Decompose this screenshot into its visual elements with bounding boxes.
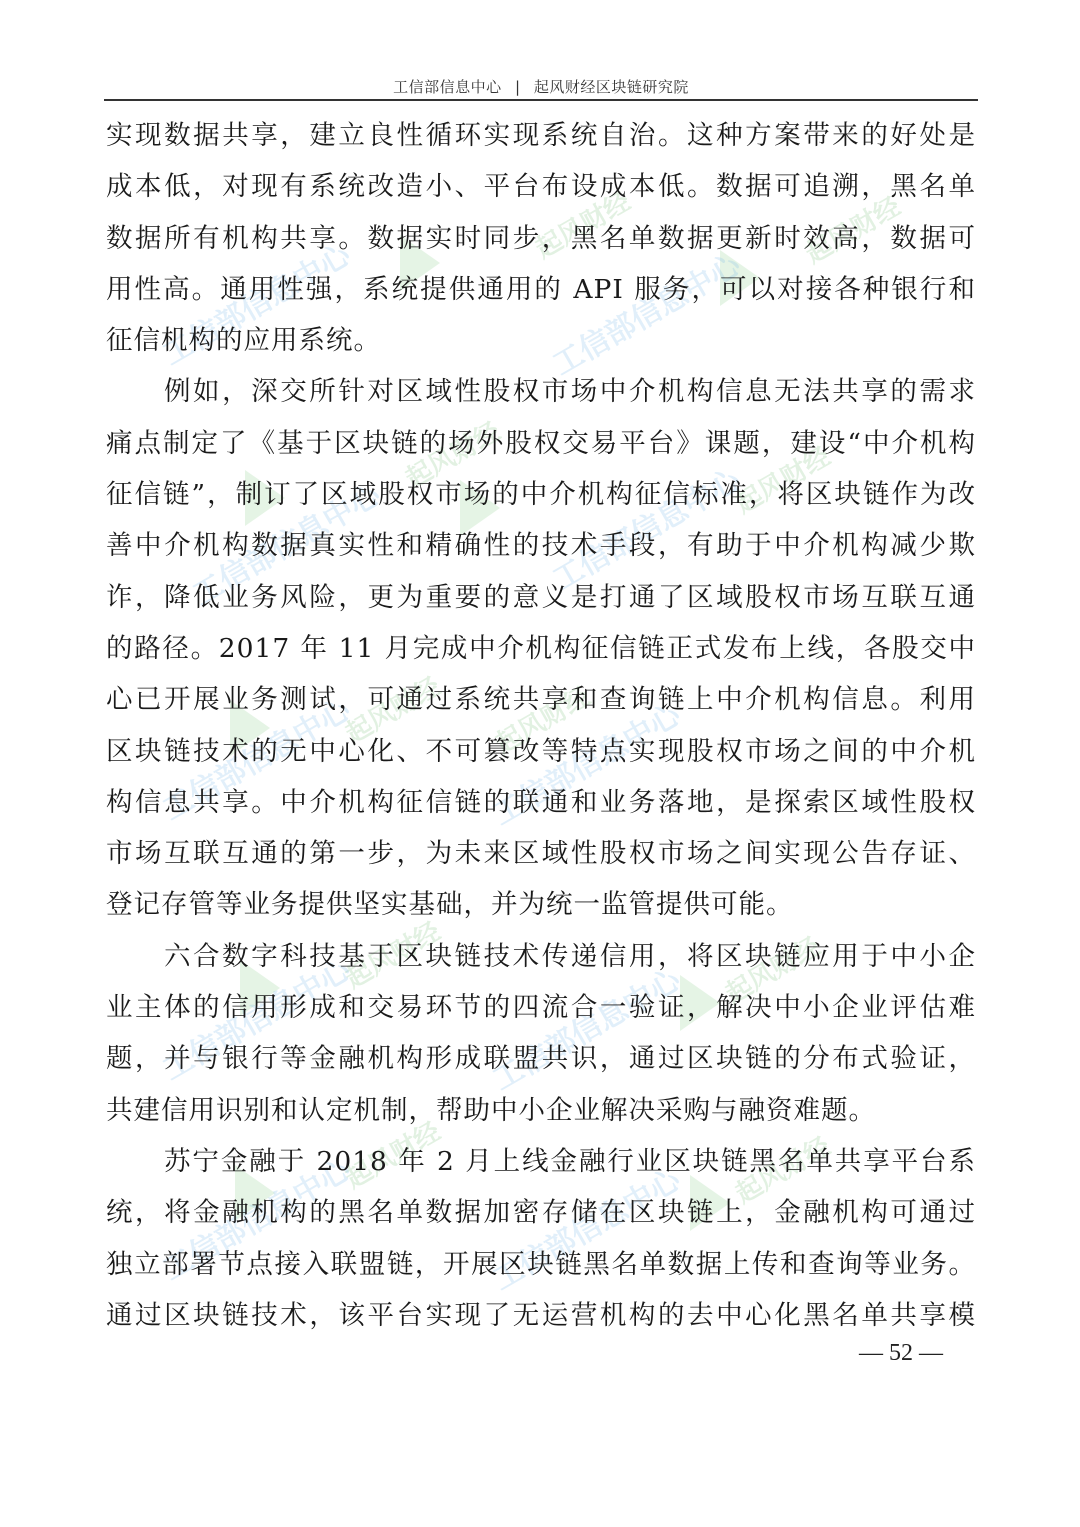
text-line: 业主体的信用形成和交易环节的四流合一验证，解决中小企业评估难 [106,982,976,1033]
header-left-org: 工信部信息中心 [393,78,502,96]
paragraph-start-line: 例如，深交所针对区域性股权市场中介机构信息无法共享的需求 [106,366,976,417]
text-line: 征信链”，制订了区域股权市场的中介机构征信标准，将区块链作为改 [106,469,976,520]
text-line: 征信机构的应用系统。 [106,315,976,366]
text-line: 区块链技术的无中心化、不可篡改等特点实现股权市场之间的中介机 [106,726,976,777]
text-line: 心已开展业务测试，可通过系统共享和查询链上中介机构信息。利用 [106,674,976,725]
header-right-org: 起风财经区块链研究院 [534,78,689,96]
text-line: 通过区块链技术，该平台实现了无运营机构的去中心化黑名单共享模 [106,1290,976,1341]
text-line: 题，并与银行等金融机构形成联盟共识，通过区块链的分布式验证， [106,1033,976,1084]
text-line: 成本低，对现有系统改造小、平台布设成本低。数据可追溯，黑名单 [106,161,976,212]
text-line: 构信息共享。中介机构征信链的联通和业务落地，是探索区域性股权 [106,777,976,828]
paragraph-start-line: 苏宁金融于 2018 年 2 月上线金融行业区块链黑名单共享平台系 [106,1136,976,1187]
page-header: 工信部信息中心 | 起风财经区块链研究院 [104,76,978,97]
text-line: 独立部署节点接入联盟链，开展区块链黑名单数据上传和查询等业务。 [106,1239,976,1290]
text-line: 数据所有机构共享。数据实时同步，黑名单数据更新时效高，数据可 [106,213,976,264]
header-separator: | [515,78,521,96]
text-line: 用性高。通用性强，系统提供通用的 API 服务，可以对接各种银行和 [106,264,976,315]
text-line: 善中介机构数据真实性和精确性的技术手段，有助于中介机构减少欺 [106,520,976,571]
text-line: 统，将金融机构的黑名单数据加密存储在区块链上，金融机构可通过 [106,1187,976,1238]
paragraph-start-line: 六合数字科技基于区块链技术传递信用，将区块链应用于中小企 [106,931,976,982]
header-divider [104,99,978,101]
body-text: 实现数据共享，建立良性循环实现系统自治。这种方案带来的好处是 成本低，对现有系统… [106,110,976,1341]
text-line: 登记存管等业务提供坚实基础，并为统一监管提供可能。 [106,879,976,930]
text-line: 市场互联互通的第一步，为未来区域性股权市场之间实现公告存证、 [106,828,976,879]
text-line: 共建信用识别和认定机制，帮助中小企业解决采购与融资难题。 [106,1085,976,1136]
page-number: — 52 — [846,1340,956,1367]
text-line: 诈，降低业务风险，更为重要的意义是打通了区域股权市场互联互通 [106,572,976,623]
text-line: 痛点制定了《基于区块链的场外股权交易平台》课题，建设“中介机构 [106,418,976,469]
text-line: 的路径。2017 年 11 月完成中介机构征信链正式发布上线，各股交中 [106,623,976,674]
text-line: 实现数据共享，建立良性循环实现系统自治。这种方案带来的好处是 [106,110,976,161]
